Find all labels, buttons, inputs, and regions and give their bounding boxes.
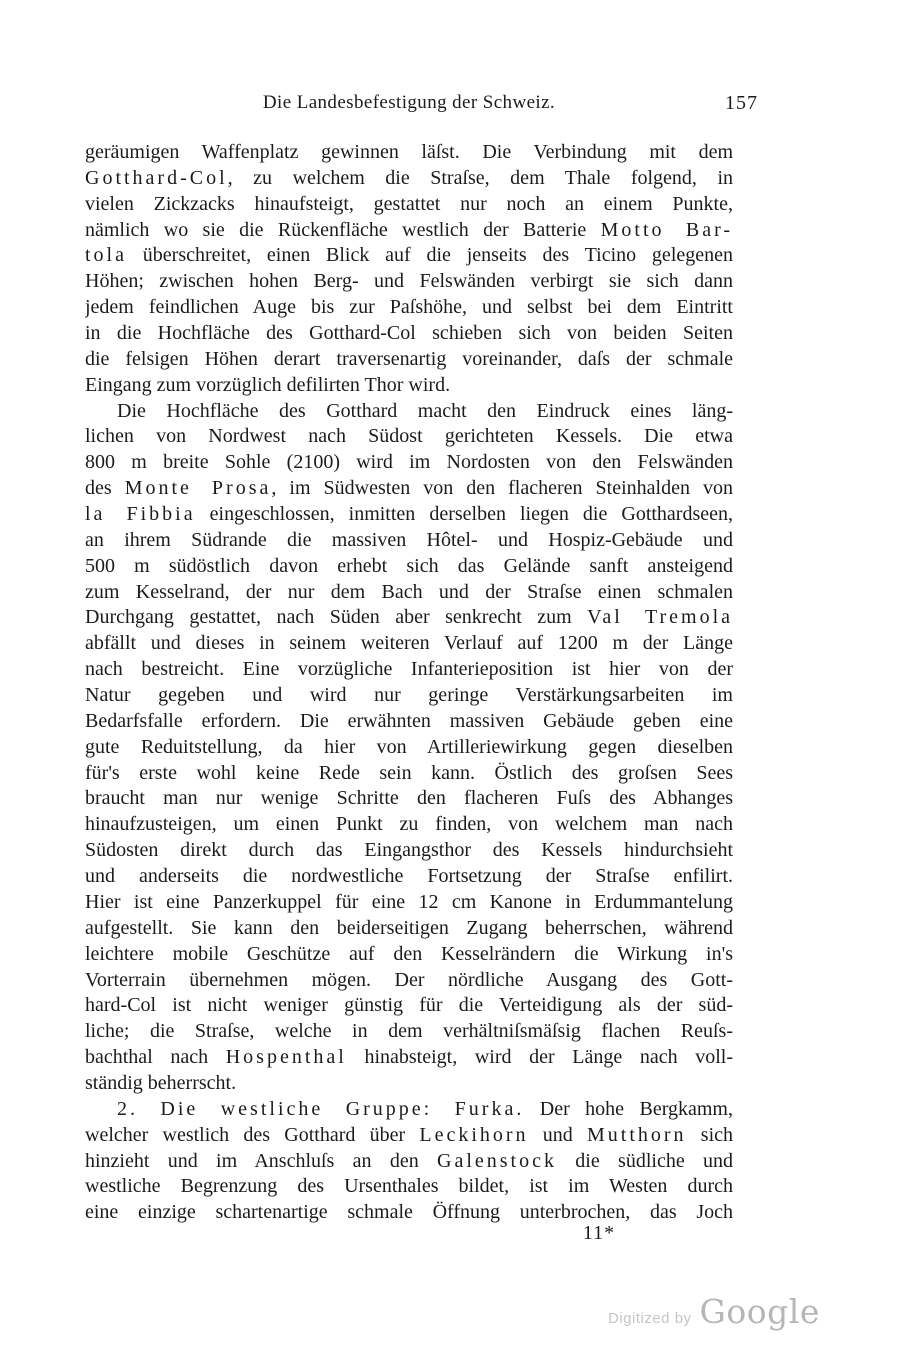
text-segment: , im Südwesten von den flacheren Steinha… xyxy=(271,477,733,499)
text-line: für's erste wohl keine Rede sein kann. Ö… xyxy=(85,761,733,787)
text-line: Natur gegeben und wird nur geringe Verst… xyxy=(85,683,733,709)
spaced-term: la Fibbia xyxy=(85,503,196,525)
text-line: westliche Begrenzung des Ursenthales bil… xyxy=(85,1174,733,1200)
text-segment: hard-Col ist nicht weniger günstig für d… xyxy=(85,994,733,1016)
text-line: Südosten direkt durch das Eingangsthor d… xyxy=(85,838,733,864)
spaced-term: 2. Die westliche Gruppe: Furka. xyxy=(117,1098,524,1120)
page-number: 157 xyxy=(725,90,758,116)
text-line: Die Hochfläche des Gotthard macht den Ei… xyxy=(85,399,733,425)
text-line: la Fibbia eingeschlossen, inmitten derse… xyxy=(85,502,733,528)
text-segment: jedem feindlichen Auge bis zur Paſshöhe,… xyxy=(85,296,733,318)
text-line: hinzieht und im Anschluſs an den Galenst… xyxy=(85,1149,733,1175)
text-block: geräumigen Waffenplatz gewinnen läſst. D… xyxy=(85,140,733,1226)
text-segment: 500 m südöstlich davon erhebt sich das G… xyxy=(85,555,733,577)
text-segment: abfällt und dieses in seinem weiteren Ve… xyxy=(85,632,733,654)
text-segment: nach bestreicht. Eine vorzügliche Infant… xyxy=(85,658,733,680)
text-segment: in die Hochfläche des Gotthard-Col schie… xyxy=(85,322,733,344)
book-page: Die Landesbefestigung der Schweiz. 157 g… xyxy=(0,0,913,1358)
text-line: bachthal nach Hospenthal hinabsteigt, wi… xyxy=(85,1045,733,1071)
spaced-term: Hospenthal xyxy=(226,1046,347,1068)
signature-mark: 11* xyxy=(85,1222,913,1245)
text-segment: gute Reduitstellung, da hier von Artille… xyxy=(85,736,733,758)
text-line: 2. Die westliche Gruppe: Furka. Der hohe… xyxy=(85,1097,733,1123)
text-segment: leichtere mobile Geschütze auf den Kesse… xyxy=(85,943,733,965)
text-segment: bachthal nach xyxy=(85,1046,226,1068)
text-line: 800 m breite Sohle (2100) wird im Nordos… xyxy=(85,450,733,476)
text-line: und anderseits die nordwestliche Fortset… xyxy=(85,864,733,890)
text-line: jedem feindlichen Auge bis zur Paſshöhe,… xyxy=(85,295,733,321)
text-segment: braucht man nur wenige Schritte den flac… xyxy=(85,787,733,809)
text-line: nach bestreicht. Eine vorzügliche Infant… xyxy=(85,657,733,683)
text-segment: 800 m breite Sohle (2100) wird im Nordos… xyxy=(85,451,733,473)
text-line: nämlich wo sie die Rückenfläche westlich… xyxy=(85,218,733,244)
spaced-term: tola xyxy=(85,244,127,266)
text-line: aufgestellt. Sie kann den beiderseitigen… xyxy=(85,916,733,942)
running-header: Die Landesbefestigung der Schweiz. 157 xyxy=(85,90,733,116)
text-segment: eingeschlossen, inmitten derselben liege… xyxy=(196,503,733,525)
spaced-term: Motto Bar- xyxy=(601,219,733,241)
text-segment: sich xyxy=(687,1124,733,1146)
spaced-term: Monte Prosa xyxy=(125,477,272,499)
text-line: 500 m südöstlich davon erhebt sich das G… xyxy=(85,554,733,580)
text-line: zum Kesselrand, der nur dem Bach und der… xyxy=(85,580,733,606)
text-segment: und anderseits die nordwestliche Fortset… xyxy=(85,865,733,887)
text-segment: die felsigen Höhen derart traversenartig… xyxy=(85,348,733,370)
text-segment: Bedarfsfalle erfordern. Die erwähnten ma… xyxy=(85,710,733,732)
spaced-term: Galenstock xyxy=(437,1150,557,1172)
text-segment: für's erste wohl keine Rede sein kann. Ö… xyxy=(85,762,733,784)
digitized-by-label: Digitized by xyxy=(608,1310,692,1327)
text-line: Gotthard-Col, zu welchem die Straſse, de… xyxy=(85,166,733,192)
text-segment: westliche Begrenzung des Ursenthales bil… xyxy=(85,1175,733,1197)
text-line: hinaufzusteigen, um einen Punkt zu finde… xyxy=(85,812,733,838)
text-line: braucht man nur wenige Schritte den flac… xyxy=(85,786,733,812)
spaced-term: Val Tremola xyxy=(587,606,733,628)
text-segment: vielen Zickzacks hinaufsteigt, gestattet… xyxy=(85,193,733,215)
text-segment: geräumigen Waffenplatz gewinnen läſst. D… xyxy=(85,141,733,163)
text-line: tola überschreitet, einen Blick auf die … xyxy=(85,243,733,269)
text-segment: welcher westlich des Gotthard über xyxy=(85,1124,419,1146)
text-line: die felsigen Höhen derart traversenartig… xyxy=(85,347,733,373)
text-line: liche; die Straſse, welche in dem verhäl… xyxy=(85,1019,733,1045)
text-segment: die südliche und xyxy=(557,1150,733,1172)
text-line: Durchgang gestattet, nach Süden aber sen… xyxy=(85,605,733,631)
text-segment: des xyxy=(85,477,125,499)
text-line: hard-Col ist nicht weniger günstig für d… xyxy=(85,993,733,1019)
spaced-term: Mutthorn xyxy=(587,1124,687,1146)
text-segment: liche; die Straſse, welche in dem verhäl… xyxy=(85,1020,733,1042)
text-line: welcher westlich des Gotthard über Lecki… xyxy=(85,1123,733,1149)
spaced-term: Gotthard-Col xyxy=(85,167,228,189)
text-line: abfällt und dieses in seinem weiteren Ve… xyxy=(85,631,733,657)
text-line: leichtere mobile Geschütze auf den Kesse… xyxy=(85,942,733,968)
text-line: des Monte Prosa, im Südwesten von den fl… xyxy=(85,476,733,502)
text-segment: und xyxy=(529,1124,587,1146)
text-segment: hinaufzusteigen, um einen Punkt zu finde… xyxy=(85,813,733,835)
text-line: an ihrem Südrande die massiven Hôtel- un… xyxy=(85,528,733,554)
text-segment: an ihrem Südrande die massiven Hôtel- un… xyxy=(85,529,733,551)
text-line: ständig beherrscht. xyxy=(85,1071,733,1097)
header-title: Die Landesbefestigung der Schweiz. xyxy=(263,92,555,113)
text-segment: hinabsteigt, wird der Länge nach voll- xyxy=(347,1046,733,1068)
text-line: gute Reduitstellung, da hier von Artille… xyxy=(85,735,733,761)
text-line: lichen von Nordwest nach Südost gerichte… xyxy=(85,424,733,450)
text-line: geräumigen Waffenplatz gewinnen läſst. D… xyxy=(85,140,733,166)
text-line: in die Hochfläche des Gotthard-Col schie… xyxy=(85,321,733,347)
text-segment: nämlich wo sie die Rückenfläche westlich… xyxy=(85,219,601,241)
text-segment: Der hohe Bergkamm, xyxy=(524,1098,733,1120)
text-line: vielen Zickzacks hinaufsteigt, gestattet… xyxy=(85,192,733,218)
google-logo: Google xyxy=(700,1292,820,1331)
text-segment: Höhen; zwischen hohen Berg- und Felswänd… xyxy=(85,270,733,292)
text-segment: hinzieht und im Anschluſs an den xyxy=(85,1150,437,1172)
text-segment: Vorterrain übernehmen mögen. Der nördlic… xyxy=(85,969,733,991)
text-segment: Durchgang gestattet, nach Süden aber sen… xyxy=(85,606,587,628)
text-line: Bedarfsfalle erfordern. Die erwähnten ma… xyxy=(85,709,733,735)
text-line: Eingang zum vorzüglich defilirten Thor w… xyxy=(85,373,733,399)
text-segment: aufgestellt. Sie kann den beiderseitigen… xyxy=(85,917,733,939)
text-segment: Hier ist eine Panzerkuppel für eine 12 c… xyxy=(85,891,733,913)
text-segment: zum Kesselrand, der nur dem Bach und der… xyxy=(85,581,733,603)
spaced-term: Leckihorn xyxy=(419,1124,528,1146)
text-segment: lichen von Nordwest nach Südost gerichte… xyxy=(85,425,733,447)
text-segment: eine einzige schartenartige schmale Öffn… xyxy=(85,1201,733,1223)
text-segment: Natur gegeben und wird nur geringe Verst… xyxy=(85,684,733,706)
text-line: Hier ist eine Panzerkuppel für eine 12 c… xyxy=(85,890,733,916)
text-segment: Südosten direkt durch das Eingangsthor d… xyxy=(85,839,733,861)
text-segment: überschreitet, einen Blick auf die jense… xyxy=(127,244,733,266)
text-line: Vorterrain übernehmen mögen. Der nördlic… xyxy=(85,968,733,994)
text-segment: ständig beherrscht. xyxy=(85,1072,236,1094)
digitization-watermark: Digitized by Google xyxy=(608,1292,820,1331)
text-segment: Eingang zum vorzüglich defilirten Thor w… xyxy=(85,374,450,396)
text-segment: Die Hochfläche des Gotthard macht den Ei… xyxy=(117,400,733,422)
text-line: Höhen; zwischen hohen Berg- und Felswänd… xyxy=(85,269,733,295)
text-segment: , zu welchem die Straſse, dem Thale folg… xyxy=(228,167,733,189)
